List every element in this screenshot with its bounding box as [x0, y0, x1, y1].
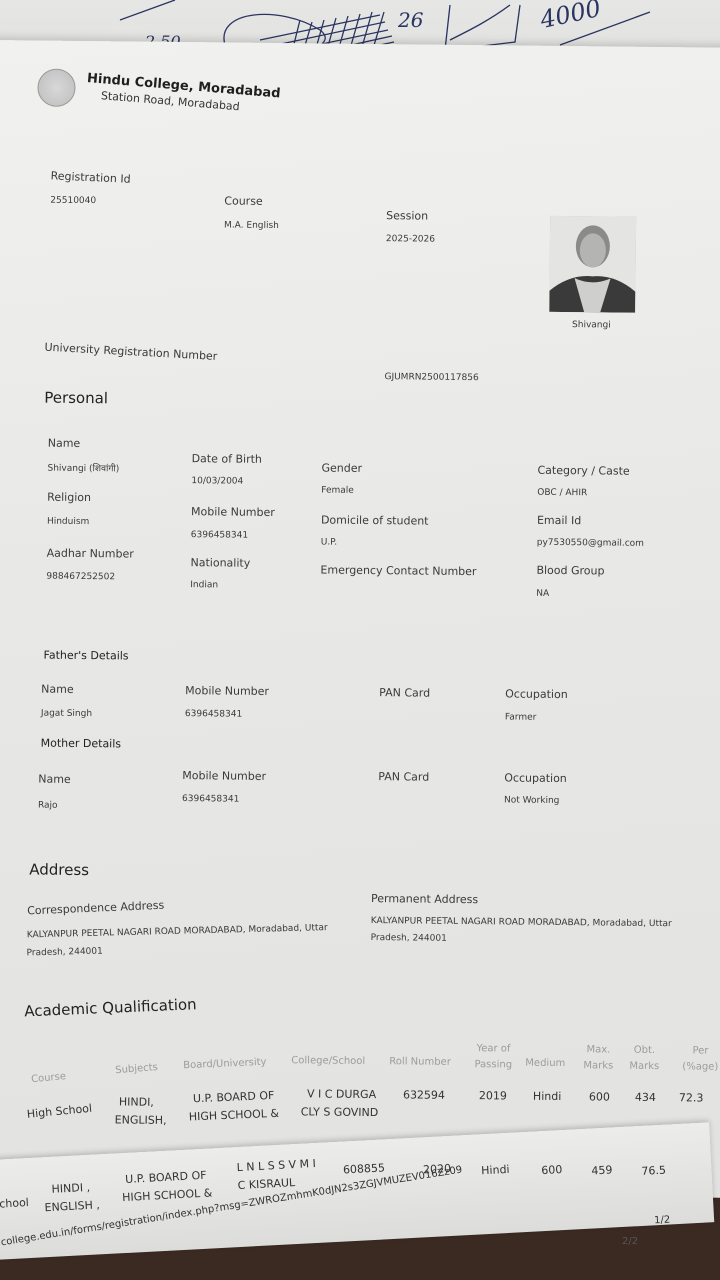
photo-caption: Shivangi: [572, 320, 611, 330]
cell-percentage: 72.3: [679, 1091, 704, 1104]
religion-value: Hinduism: [47, 517, 89, 527]
column-header: Max. Marks: [581, 1042, 615, 1074]
cell-board: U.P. BOARD OF: [125, 1169, 207, 1186]
cell-max-marks: 600: [541, 1163, 563, 1177]
cell-subjects: ENGLISH ,: [44, 1198, 100, 1214]
dob-label: Date of Birth: [192, 452, 262, 466]
cell-roll: 608855: [343, 1161, 386, 1176]
cell-subjects: HINDI ,: [51, 1181, 90, 1196]
aadhar-label: Aadhar Number: [47, 547, 134, 561]
column-header: Board/University: [183, 1057, 267, 1071]
mobile-value: 6396458341: [191, 530, 248, 541]
aadhar-value: 988467252502: [46, 572, 115, 583]
cell-school: C KISRAUL: [237, 1176, 295, 1192]
section-heading-personal: Personal: [44, 389, 108, 408]
nationality-label: Nationality: [190, 556, 250, 570]
mother-pan-label: PAN Card: [378, 770, 429, 784]
father-name-label: Name: [41, 683, 74, 696]
gender-label: Gender: [321, 461, 362, 474]
emergency-contact-label: Emergency Contact Number: [320, 563, 476, 578]
section-heading-father: Father's Details: [43, 649, 128, 663]
mother-mobile-label: Mobile Number: [182, 769, 266, 783]
mother-occupation-label: Occupation: [504, 771, 567, 785]
category-value: OBC / AHIR: [537, 488, 587, 499]
mother-occupation-value: Not Working: [504, 795, 559, 806]
domicile-label: Domicile of student: [321, 513, 429, 527]
column-header: Roll Number: [389, 1056, 451, 1068]
mother-name-label: Name: [38, 773, 71, 786]
father-occupation-value: Farmer: [505, 712, 537, 722]
blood-group-value: NA: [536, 589, 549, 599]
column-header: Obt. Marks: [627, 1043, 661, 1075]
religion-label: Religion: [47, 491, 91, 504]
page-number: 1/2: [654, 1214, 671, 1226]
gender-value: Female: [321, 485, 354, 495]
permanent-address-line2: Pradesh, 244001: [371, 933, 447, 944]
course-label: Course: [224, 194, 263, 207]
mobile-label: Mobile Number: [191, 505, 275, 519]
father-name-value: Jagat Singh: [41, 709, 92, 720]
academic-table: Course Subjects Board/University College…: [19, 1022, 720, 1140]
cell-board: HIGH SCHOOL &: [189, 1107, 280, 1124]
category-label: Category / Caste: [537, 464, 629, 478]
father-mobile-label: Mobile Number: [185, 684, 269, 698]
dob-value: 10/03/2004: [191, 476, 243, 487]
cell-board: U.P. BOARD OF: [193, 1089, 275, 1105]
cell-subjects: HINDI,: [119, 1095, 154, 1108]
cell-obt-marks: 459: [591, 1163, 613, 1177]
handwritten-note: 26: [398, 8, 423, 32]
correspondence-address-line2: Pradesh, 244001: [26, 947, 102, 959]
permanent-address-line1: KALYANPUR PEETAL NAGARI ROAD MORADABAD, …: [371, 916, 672, 929]
section-heading-address: Address: [29, 860, 89, 879]
cell-roll: 632594: [403, 1088, 445, 1101]
student-portrait-icon: [549, 216, 636, 313]
father-occupation-label: Occupation: [505, 687, 568, 701]
registration-id-label: Registration Id: [50, 169, 131, 186]
session-value: 2025-2026: [386, 234, 435, 245]
father-pan-label: PAN Card: [379, 686, 430, 700]
domicile-value: U.P.: [321, 537, 337, 547]
column-header: Medium: [525, 1058, 565, 1069]
cell-school: CLY S GOVIND: [301, 1105, 379, 1119]
name-label: Name: [48, 437, 81, 450]
father-mobile-value: 6396458341: [185, 709, 242, 720]
section-heading-academic: Academic Qualification: [24, 995, 197, 1020]
cell-percentage: 76.5: [641, 1164, 666, 1178]
university-reg-label: University Registration Number: [44, 341, 217, 363]
registration-id-value: 25510040: [50, 196, 96, 206]
column-header: Subjects: [115, 1062, 158, 1076]
cell-school: V I C DURGA: [307, 1087, 376, 1101]
section-heading-mother: Mother Details: [41, 737, 122, 751]
cell-obt-marks: 434: [635, 1091, 656, 1104]
email-value: py7530550@gmail.com: [537, 538, 644, 549]
correspondence-address-label: Correspondence Address: [27, 899, 164, 918]
university-reg-value: GJUMRN2500117856: [384, 372, 478, 383]
cell-course: High School: [26, 1102, 92, 1121]
cell-school: L N L S S V M I: [236, 1157, 316, 1174]
page-number-back: 2/2: [622, 1236, 638, 1247]
cell-course: School: [0, 1196, 29, 1211]
column-header: College/School: [291, 1055, 365, 1067]
cell-medium: Hindi: [533, 1090, 561, 1103]
name-value: Shivangi (शिवांगी): [47, 461, 119, 475]
course-value: M.A. English: [224, 220, 279, 231]
session-label: Session: [386, 209, 428, 222]
cell-year: 2019: [479, 1089, 507, 1102]
student-photo: [549, 216, 636, 313]
college-logo-icon: [37, 69, 75, 107]
mother-mobile-value: 6396458341: [182, 794, 239, 805]
nationality-value: Indian: [190, 580, 218, 590]
cell-subjects: ENGLISH,: [115, 1113, 167, 1127]
column-header: Per (%age): [675, 1043, 720, 1076]
correspondence-address-line1: KALYANPUR PEETAL NAGARI ROAD MORADABAD, …: [27, 923, 328, 940]
email-label: Email Id: [537, 514, 581, 527]
column-header: Year of Passing: [471, 1041, 515, 1073]
cell-board: HIGH SCHOOL &: [122, 1186, 213, 1204]
column-header: Course: [31, 1071, 67, 1085]
registration-form-page: Hindu College, Moradabad Station Road, M…: [0, 40, 720, 1198]
mother-name-value: Rajo: [38, 801, 58, 811]
blood-group-label: Blood Group: [536, 564, 604, 578]
cell-max-marks: 600: [589, 1090, 610, 1103]
permanent-address-label: Permanent Address: [371, 892, 478, 906]
cell-medium: Hindi: [481, 1163, 510, 1177]
